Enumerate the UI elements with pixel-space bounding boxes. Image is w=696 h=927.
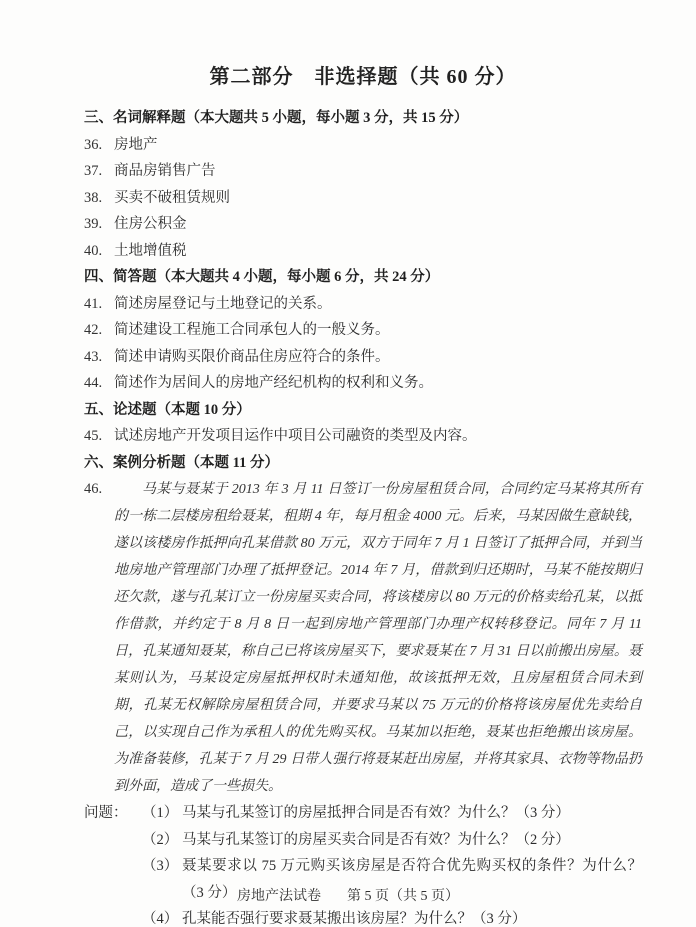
question-text: 简述房屋登记与土地登记的关系。 [114, 291, 642, 318]
section-short-answer: 四、简答题（本大题共 4 小题，每小题 6 分，共 24 分） 41. 简述房屋… [84, 264, 642, 397]
question-item: 42. 简述建设工程施工合同承包人的一般义务。 [84, 317, 642, 344]
question-text: 土地增值税 [114, 238, 642, 265]
sub-question-number: （2） [142, 827, 182, 854]
question-item: 38. 买卖不破租赁规则 [84, 185, 642, 212]
question-item: 44. 简述作为居间人的房地产经纪机构的权利和义务。 [84, 370, 642, 397]
page-footer: 房地产法试卷第 5 页（共 5 页） [0, 885, 696, 905]
question-number: 42. [84, 317, 114, 344]
question-text: 住房公积金 [114, 211, 642, 238]
question-text: 房地产 [114, 132, 642, 159]
section-essay: 五、论述题（本题 10 分） 45. 试述房地产开发项目运作中项目公司融资的类型… [84, 397, 642, 450]
case-question-number: 46. [84, 476, 114, 503]
question-item: 36. 房地产 [84, 132, 642, 159]
question-text: 买卖不破租赁规则 [114, 185, 642, 212]
question-number: 36. [84, 132, 114, 159]
case-question: 46. 马某与聂某于 2013 年 3 月 11 日签订一份房屋租赁合同，合同约… [84, 476, 642, 800]
section-heading-essay: 五、论述题（本题 10 分） [84, 397, 642, 424]
section-definitions: 三、名词解释题（本大题共 5 小题，每小题 3 分，共 15 分） 36. 房地… [84, 105, 642, 264]
question-item: 45. 试述房地产开发项目运作中项目公司融资的类型及内容。 [84, 423, 642, 450]
question-text: 简述建设工程施工合同承包人的一般义务。 [114, 317, 642, 344]
sub-question-number: （4） [142, 906, 182, 927]
sub-question-item: （4） 孔某能否强行要求聂某搬出该房屋？为什么？（3 分） [142, 906, 642, 927]
question-item: 43. 简述申请购买限价商品住房应符合的条件。 [84, 344, 642, 371]
question-number: 40. [84, 238, 114, 265]
question-item: 37. 商品房销售广告 [84, 158, 642, 185]
sub-question-item: （1） 马某与孔某签订的房屋抵押合同是否有效？为什么？（3 分） [142, 800, 642, 827]
exam-page: 第二部分 非选择题（共 60 分） 三、名词解释题（本大题共 5 小题，每小题 … [0, 0, 696, 927]
case-paragraph: 马某与聂某于 2013 年 3 月 11 日签订一份房屋租赁合同，合同约定马某将… [114, 476, 642, 800]
section-heading-short-answer: 四、简答题（本大题共 4 小题，每小题 6 分，共 24 分） [84, 264, 642, 291]
part-title: 第二部分 非选择题（共 60 分） [84, 60, 642, 89]
sub-question-number: （1） [142, 800, 182, 827]
page-content: 第二部分 非选择题（共 60 分） 三、名词解释题（本大题共 5 小题，每小题 … [0, 0, 696, 927]
case-sub-questions: 问题： （1） 马某与孔某签订的房屋抵押合同是否有效？为什么？（3 分） （2）… [84, 800, 642, 927]
section-heading-case-analysis: 六、案例分析题（本题 11 分） [84, 450, 642, 477]
question-number: 43. [84, 344, 114, 371]
footer-exam-title: 房地产法试卷 [237, 889, 321, 904]
sub-question-text: 马某与孔某签订的房屋抵押合同是否有效？为什么？（3 分） [182, 800, 642, 827]
question-item: 41. 简述房屋登记与土地登记的关系。 [84, 291, 642, 318]
section-case-analysis: 六、案例分析题（本题 11 分） 46. 马某与聂某于 2013 年 3 月 1… [84, 450, 642, 927]
question-number: 41. [84, 291, 114, 318]
question-number: 37. [84, 158, 114, 185]
sub-question-item: （2） 马某与孔某签订的房屋买卖合同是否有效？为什么？（2 分） [142, 827, 642, 854]
sub-question-list: （1） 马某与孔某签订的房屋抵押合同是否有效？为什么？（3 分） （2） 马某与… [142, 800, 642, 927]
question-text: 商品房销售广告 [114, 158, 642, 185]
footer-page-number: 第 5 页（共 5 页） [347, 889, 459, 904]
question-text: 简述申请购买限价商品住房应符合的条件。 [114, 344, 642, 371]
questions-label: 问题： [84, 800, 142, 827]
question-item: 40. 土地增值税 [84, 238, 642, 265]
question-text: 试述房地产开发项目运作中项目公司融资的类型及内容。 [114, 423, 642, 450]
question-number: 45. [84, 423, 114, 450]
section-heading-definitions: 三、名词解释题（本大题共 5 小题，每小题 3 分，共 15 分） [84, 105, 642, 132]
question-item: 39. 住房公积金 [84, 211, 642, 238]
sub-question-text: 孔某能否强行要求聂某搬出该房屋？为什么？（3 分） [182, 906, 642, 927]
question-number: 39. [84, 211, 114, 238]
question-text: 简述作为居间人的房地产经纪机构的权利和义务。 [114, 370, 642, 397]
sub-question-text: 马某与孔某签订的房屋买卖合同是否有效？为什么？（2 分） [182, 827, 642, 854]
question-number: 38. [84, 185, 114, 212]
question-number: 44. [84, 370, 114, 397]
